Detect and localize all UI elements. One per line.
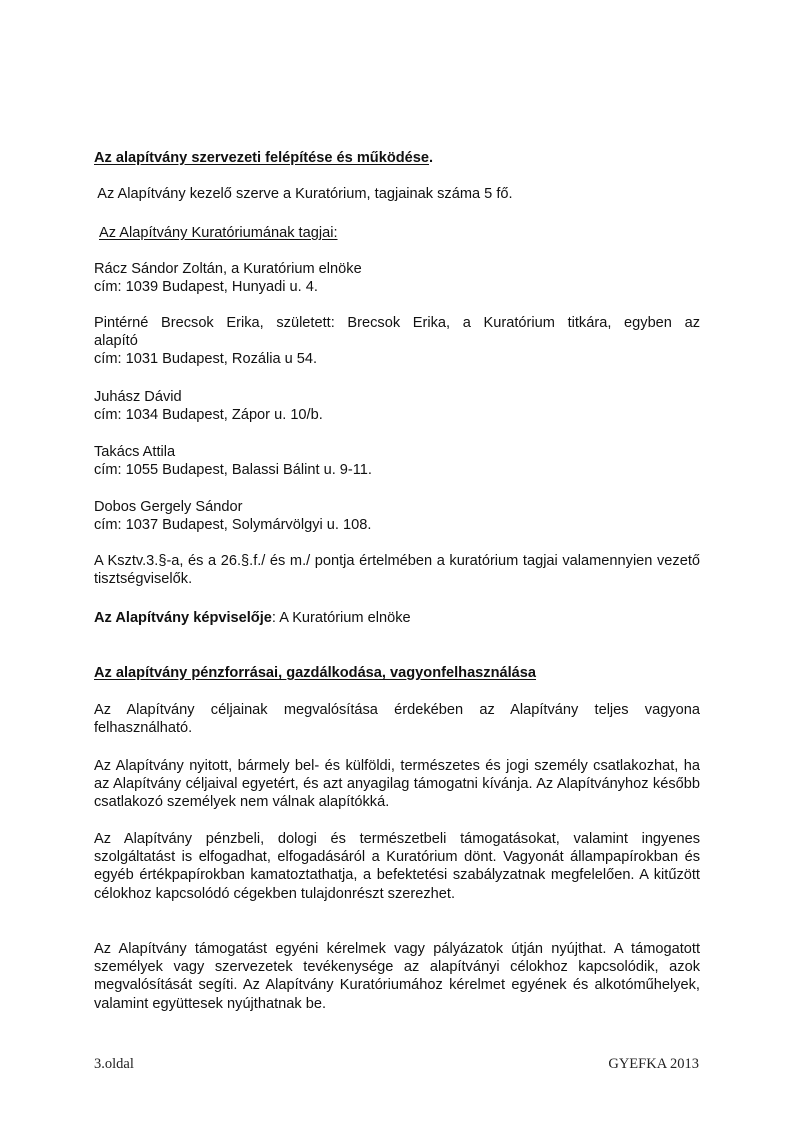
member-name-continued: alapító	[94, 332, 700, 350]
finance-paragraph: Az Alapítvány pénzbeli, dologi és termés…	[94, 830, 700, 903]
members-label: Az Alapítvány Kuratóriumának tagjai:	[94, 224, 700, 242]
legal-note-paragraph: A Ksztv.3.§-a, és a 26.§.f./ és m./ pont…	[94, 552, 700, 588]
member-entry: Takács Attila cím: 1055 Budapest, Balass…	[94, 443, 700, 479]
section-heading-finances: Az alapítvány pénzforrásai, gazdálkodása…	[94, 664, 700, 682]
member-name: Juhász Dávid	[94, 388, 700, 406]
member-address: cím: 1039 Budapest, Hunyadi u. 4.	[94, 278, 700, 296]
representative-label: Az Alapítvány képviselője	[94, 610, 272, 626]
finance-paragraph: Az Alapítvány támogatást egyéni kérelmek…	[94, 940, 700, 1013]
member-name: Pintérné Brecsok Erika, született: Brecs…	[94, 314, 700, 332]
representative-line: Az Alapítvány képviselője: A Kuratórium …	[94, 609, 700, 627]
heading-period: .	[429, 150, 433, 166]
member-address: cím: 1037 Budapest, Solymárvölgyi u. 108…	[94, 516, 700, 534]
member-address: cím: 1055 Budapest, Balassi Bálint u. 9-…	[94, 461, 700, 479]
finance-paragraph: Az Alapítvány céljainak megvalósítása ér…	[94, 701, 700, 737]
member-address: cím: 1034 Budapest, Zápor u. 10/b.	[94, 406, 700, 424]
section-heading-organization: Az alapítvány szervezeti felépítése és m…	[94, 149, 700, 167]
member-entry: Juhász Dávid cím: 1034 Budapest, Zápor u…	[94, 388, 700, 424]
member-entry: Rácz Sándor Zoltán, a Kuratórium elnöke …	[94, 260, 700, 296]
finance-paragraph: Az Alapítvány nyitott, bármely bel- és k…	[94, 757, 700, 812]
member-entry: Pintérné Brecsok Erika, született: Brecs…	[94, 314, 700, 369]
representative-value: A Kuratórium elnöke	[279, 610, 410, 626]
member-address: cím: 1031 Budapest, Rozália u 54.	[94, 350, 700, 368]
member-name: Takács Attila	[94, 443, 700, 461]
member-name: Dobos Gergely Sándor	[94, 498, 700, 516]
members-label-text: Az Alapítvány Kuratóriumának tagjai:	[99, 225, 338, 241]
heading-text: Az alapítvány szervezeti felépítése és m…	[94, 150, 429, 166]
intro-paragraph: Az Alapítvány kezelő szerve a Kuratórium…	[94, 185, 700, 203]
member-name: Rácz Sándor Zoltán, a Kuratórium elnöke	[94, 260, 700, 278]
document-page: Az alapítvány szervezeti felépítése és m…	[0, 0, 793, 1123]
heading-text: Az alapítvány pénzforrásai, gazdálkodása…	[94, 665, 536, 681]
member-entry: Dobos Gergely Sándor cím: 1037 Budapest,…	[94, 498, 700, 534]
footer-label: GYEFKA 2013	[608, 1056, 699, 1073]
footer-page-number: 3.oldal	[94, 1056, 134, 1073]
